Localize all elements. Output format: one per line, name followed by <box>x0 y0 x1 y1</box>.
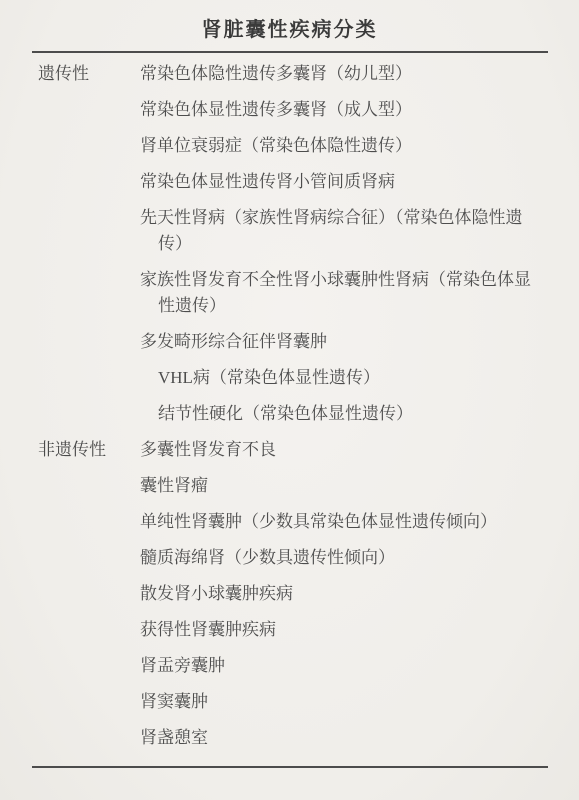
list-item: 肾盂旁囊肿 <box>140 653 540 679</box>
list-item: 肾窦囊肿 <box>140 689 540 715</box>
item-list: 常染色体隐性遗传多囊肾（幼儿型） 常染色体显性遗传多囊肾（成人型） 肾单位衰弱症… <box>140 61 540 437</box>
list-item: 常染色体显性遗传肾小管间质肾病 <box>140 169 540 195</box>
table-bottom-rule <box>32 766 548 768</box>
list-item-sub: VHL病（常染色体显性遗传） <box>158 365 540 391</box>
group-nonhereditary: 非遗传性 多囊性肾发育不良 囊性肾瘤 单纯性肾囊肿（少数具常染色体显性遗传倾向）… <box>0 437 579 761</box>
list-item: 家族性肾发育不全性肾小球囊肿性肾病（常染色体显性遗传） <box>140 267 540 319</box>
table-top-rule <box>32 51 548 53</box>
list-item: 肾盏憩室 <box>140 725 540 751</box>
group-hereditary: 遗传性 常染色体隐性遗传多囊肾（幼儿型） 常染色体显性遗传多囊肾（成人型） 肾单… <box>0 61 579 437</box>
list-item: 单纯性肾囊肿（少数具常染色体显性遗传倾向） <box>140 509 540 535</box>
document-page: 肾脏囊性疾病分类 遗传性 常染色体隐性遗传多囊肾（幼儿型） 常染色体显性遗传多囊… <box>0 0 579 800</box>
list-item: 散发肾小球囊肿疾病 <box>140 581 540 607</box>
list-item: 多囊性肾发育不良 <box>140 437 540 463</box>
group-label: 非遗传性 <box>38 437 140 463</box>
classification-table: 遗传性 常染色体隐性遗传多囊肾（幼儿型） 常染色体显性遗传多囊肾（成人型） 肾单… <box>0 61 579 761</box>
list-item: 多发畸形综合征伴肾囊肿 <box>140 329 540 355</box>
list-item: 肾单位衰弱症（常染色体隐性遗传） <box>140 133 540 159</box>
list-item: 获得性肾囊肿疾病 <box>140 617 540 643</box>
list-item: 囊性肾瘤 <box>140 473 540 499</box>
group-label: 遗传性 <box>38 61 140 87</box>
list-item-sub: 结节性硬化（常染色体显性遗传） <box>158 401 540 427</box>
list-item: 常染色体显性遗传多囊肾（成人型） <box>140 97 540 123</box>
page-title: 肾脏囊性疾病分类 <box>0 13 579 42</box>
list-item: 常染色体隐性遗传多囊肾（幼儿型） <box>140 61 540 87</box>
item-list: 多囊性肾发育不良 囊性肾瘤 单纯性肾囊肿（少数具常染色体显性遗传倾向） 髓质海绵… <box>140 437 540 761</box>
list-item: 先天性肾病（家族性肾病综合征）（常染色体隐性遗传） <box>140 205 540 257</box>
list-item: 髓质海绵肾（少数具遗传性倾向） <box>140 545 540 571</box>
